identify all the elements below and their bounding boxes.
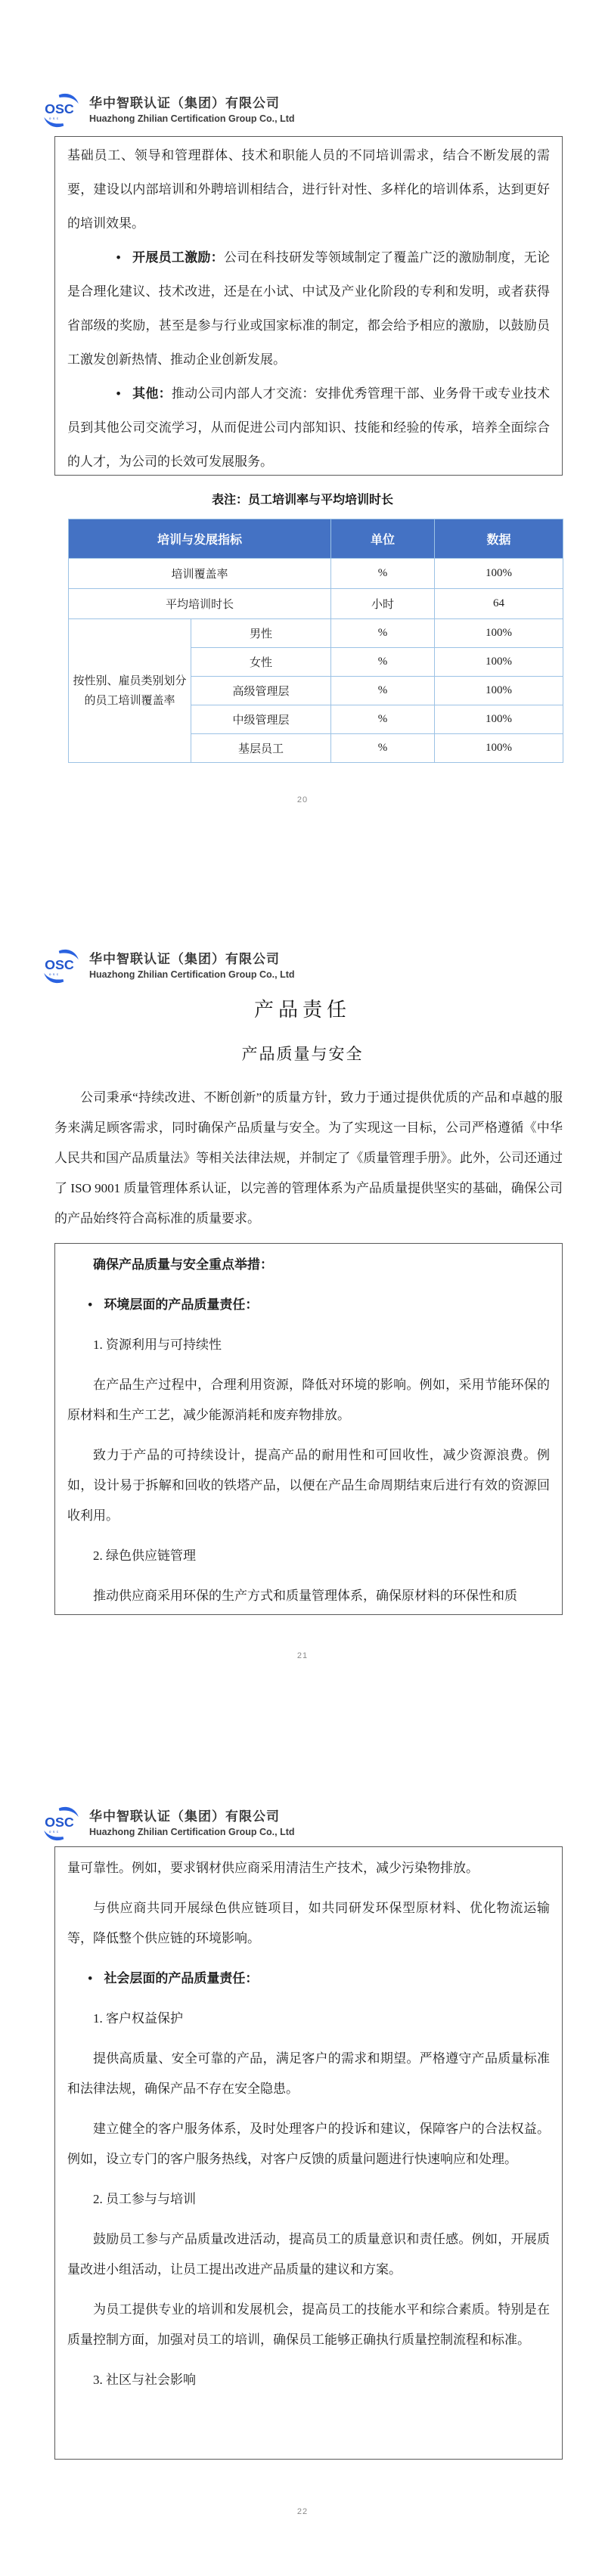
svg-text:osc: osc [49,973,60,977]
cell-indicator: 男性 [191,619,331,648]
cell-value: 100% [435,648,563,677]
body-paragraph: 建立健全的客户服务体系，及时处理客户的投诉和建议，保障客户的合法权益。例如，设立… [67,2114,550,2175]
numbered-item: 2. 员工参与与培训 [67,2184,550,2215]
cell-unit: % [331,705,435,734]
company-name-cn: 华中智联认证（集团）有限公司 [89,92,280,111]
training-intro-paragraph: 基础员工、领导和管理群体、技术和职能人员的不同培训需求，结合不断发展的需要，建设… [67,138,550,240]
cell-indicator: 女性 [191,648,331,677]
body-paragraph: 提供高质量、安全可靠的产品，满足客户的需求和期望。严格遵守产品质量标准和法律法规… [67,2044,550,2104]
table-row: 培训覆盖率 % 100% [69,559,563,589]
table-row: 平均培训时长 小时 64 [69,589,563,619]
cell-value: 100% [435,705,563,734]
quality-measures-box-continued: 量可靠性。例如，要求钢材供应商采用清洁生产技术，减少污染物排放。 与供应商共同开… [54,1846,563,2460]
bullet-environment-responsibility: 环境层面的产品质量责任： [67,1290,550,1320]
bullet-label: 其他： [132,386,172,401]
company-name-cn: 华中智联认证（集团）有限公司 [89,948,280,967]
company-name-en: Huazhong Zhilian Certification Group Co.… [89,113,295,124]
svg-text:OSC: OSC [45,101,74,116]
numbered-item: 1. 资源利用与可持续性 [67,1330,550,1360]
company-name-en: Huazhong Zhilian Certification Group Co.… [89,1827,295,1837]
cell-unit: % [331,734,435,763]
section-title-product-responsibility: 产品责任 [0,994,605,1022]
cell-value: 100% [435,559,563,589]
body-paragraph: 鼓励员工参与产品质量改进活动，提高员工的质量意识和责任感。例如，开展质量改进小组… [67,2224,550,2285]
quality-intro-block: 公司秉承“持续改进、不断创新”的质量方针，致力于通过提供优质的产品和卓越的服务来… [54,1083,563,1234]
col-header-value: 数据 [435,519,563,559]
bullet-employee-incentive: 开展员工激励：公司在科技研发等领域制定了覆盖广泛的激励制度，无论是合理化建议、技… [67,240,550,377]
company-logo-icon: OSC osc [42,91,81,130]
continued-paragraph: 量可靠性。例如，要求钢材供应商采用清洁生产技术，减少污染物排放。 [67,1853,550,1883]
table-row: 按性别、雇员类别划分的员工培训覆盖率 男性 % 100% [69,619,563,648]
cell-value: 64 [435,589,563,619]
numbered-item: 1. 客户权益保护 [67,2004,550,2034]
numbered-item: 2. 绿色供应链管理 [67,1541,550,1571]
cell-value: 100% [435,734,563,763]
cell-unit: % [331,677,435,705]
bullet-other: 其他：推动公司内部人才交流：安排优秀管理干部、业务骨干或专业技术员到其他公司交流… [67,377,550,476]
svg-text:OSC: OSC [45,1815,74,1830]
numbered-item: 3. 社区与社会影响 [67,2365,550,2395]
col-header-unit: 单位 [331,519,435,559]
table-caption: 表注：员工培训率与平均培训时长 [0,490,605,507]
body-paragraph: 致力于产品的可持续设计，提高产品的耐用性和可回收性，减少资源浪费。例如，设计易于… [67,1440,550,1531]
page-number-22: 22 [0,2507,605,2516]
page-number-21: 21 [0,1651,605,1660]
page22-header: OSC osc 华中智联认证（集团）有限公司 Huazhong Zhilian … [42,1804,465,1849]
cell-group-label: 按性别、雇员类别划分的员工培训覆盖率 [69,619,191,763]
company-logo-icon: OSC osc [42,947,81,986]
page20-header: OSC osc 华中智联认证（集团）有限公司 Huazhong Zhilian … [42,91,465,136]
cell-indicator: 培训覆盖率 [69,559,331,589]
box-heading: 确保产品质量与安全重点举措： [67,1250,550,1280]
col-header-indicator: 培训与发展指标 [69,519,331,559]
svg-text:osc: osc [49,1830,60,1834]
cell-unit: % [331,559,435,589]
body-paragraph: 为员工提供专业的培训和发展机会，提高员工的技能水平和综合素质。特别是在质量控制方… [67,2295,550,2355]
body-paragraph: 在产品生产过程中，合理利用资源，降低对环境的影响。例如，采用节能环保的原材料和生… [67,1370,550,1431]
training-metrics-table: 培训与发展指标 单位 数据 培训覆盖率 % 100% 平均培训时长 小时 64 … [68,519,563,763]
quality-measures-box: 确保产品质量与安全重点举措： 环境层面的产品质量责任： 1. 资源利用与可持续性… [54,1243,563,1615]
cell-unit: 小时 [331,589,435,619]
company-name-cn: 华中智联认证（集团）有限公司 [89,1806,280,1824]
svg-text:osc: osc [49,117,60,121]
bullet-social-responsibility: 社会层面的产品质量责任： [67,1964,550,1994]
company-name-en: Huazhong Zhilian Certification Group Co.… [89,969,295,980]
cell-indicator: 基层员工 [191,734,331,763]
quality-intro-paragraph: 公司秉承“持续改进、不断创新”的质量方针，致力于通过提供优质的产品和卓越的服务来… [54,1083,563,1234]
body-paragraph: 推动供应商采用环保的生产方式和质量管理体系，确保原材料的环保性和质 [67,1581,550,1611]
svg-text:OSC: OSC [45,957,74,972]
cell-value: 100% [435,677,563,705]
page-number-20: 20 [0,795,605,804]
cell-indicator: 中级管理层 [191,705,331,734]
company-logo-icon: OSC osc [42,1804,81,1843]
cell-value: 100% [435,619,563,648]
section-subtitle-quality-safety: 产品质量与安全 [0,1042,605,1065]
training-text-box: 基础员工、领导和管理群体、技术和职能人员的不同培训需求，结合不断发展的需要，建设… [54,136,563,476]
cell-unit: % [331,648,435,677]
document-canvas: OSC osc 华中智联认证（集团）有限公司 Huazhong Zhilian … [0,0,605,2576]
cell-unit: % [331,619,435,648]
body-paragraph: 与供应商共同开展绿色供应链项目，如共同研发环保型原材料、优化物流运输等，降低整个… [67,1893,550,1954]
cell-indicator: 平均培训时长 [69,589,331,619]
table-header-row: 培训与发展指标 单位 数据 [69,519,563,559]
page21-header: OSC osc 华中智联认证（集团）有限公司 Huazhong Zhilian … [42,947,465,992]
bullet-text: 公司在科技研发等领域制定了覆盖广泛的激励制度，无论是合理化建议、技术改进，还是在… [67,250,550,367]
cell-indicator: 高级管理层 [191,677,331,705]
bullet-label: 开展员工激励： [132,250,224,265]
